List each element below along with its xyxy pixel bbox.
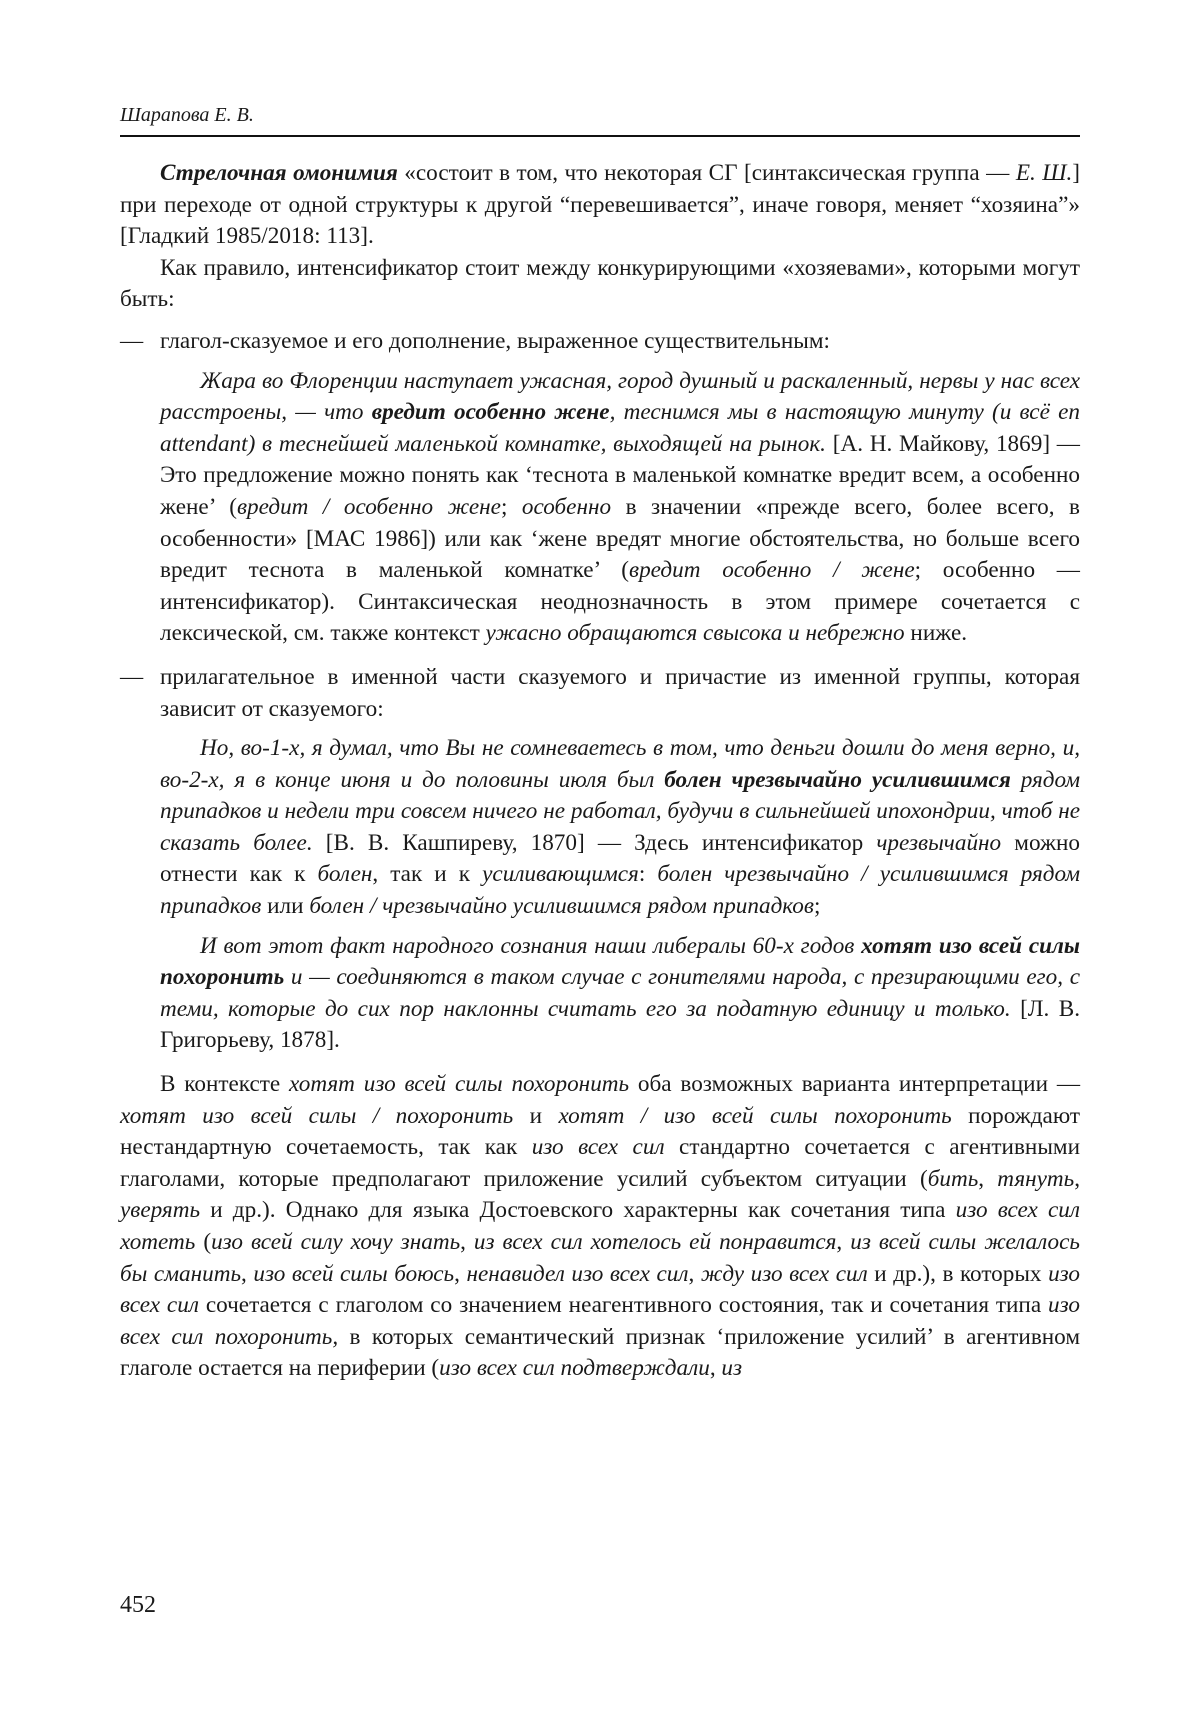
dash-bullet: — — [120, 662, 143, 694]
text: , — [688, 1261, 700, 1287]
author-initials: Е. Ш. — [1016, 160, 1072, 186]
text: , так и к — [372, 861, 482, 887]
text: и др.), в которых — [868, 1261, 1048, 1287]
text: бить — [928, 1166, 979, 1192]
text: , — [241, 1261, 253, 1287]
text: жду изо всех сил — [701, 1261, 868, 1287]
dash-bullet: — — [120, 326, 143, 358]
running-head: Шарапова Е. В. — [120, 104, 254, 127]
text: тянуть — [997, 1166, 1074, 1192]
text: хотят изо всей силы / похоронить — [120, 1103, 513, 1129]
list-item-label: прилагательное в именной части сказуемог… — [160, 664, 1080, 722]
text: , — [836, 1229, 850, 1255]
example-highlight: вредит особенно жене — [372, 399, 610, 425]
text: «состоит в том, что некоторая СГ [синтак… — [398, 160, 1016, 186]
text: , — [1074, 1166, 1080, 1192]
text: изо всей силу хочу знать — [211, 1229, 460, 1255]
text: В контексте — [160, 1071, 289, 1097]
text: ; — [814, 893, 820, 919]
text: И вот этот факт народного сознания наши … — [200, 933, 861, 959]
text: уверять — [120, 1197, 200, 1223]
text: и — соединяются в таком случае с гонител… — [160, 964, 1080, 1022]
text: , — [710, 1355, 722, 1381]
text: , — [454, 1261, 466, 1287]
text: хотят изо всей силы похоронить — [289, 1071, 629, 1097]
text: усиливающимся — [482, 861, 639, 887]
body-text: Стрелочная омонимия «состоит в том, что … — [120, 158, 1080, 1385]
term-bold-italic: Стрелочная омонимия — [160, 160, 398, 186]
text: , — [460, 1229, 474, 1255]
text: чрезвычайно — [876, 830, 1001, 856]
text: ужасно обращаются свысока и небрежно — [486, 620, 905, 646]
example-highlight: болен чрезвычайно усилившимся — [664, 767, 1011, 793]
text: оба возможных варианта интерпретации — — [629, 1071, 1080, 1097]
text: вредит особенно / жене — [629, 557, 915, 583]
list-item-adjective-participle: — прилагательное в именной части сказуем… — [120, 662, 1080, 725]
text: из всех сил хотелось ей понравится — [474, 1229, 837, 1255]
example-maykov: Жара во Флоренции наступает ужасная, гор… — [120, 366, 1080, 650]
text: особенно — [522, 494, 611, 520]
text: изо всей силы боюсь — [253, 1261, 454, 1287]
text: изо всех сил подтверждали — [439, 1355, 710, 1381]
text: из — [721, 1355, 742, 1381]
example-grigoryev: И вот этот факт народного сознания наши … — [120, 931, 1080, 1057]
paragraph-definition: Стрелочная омонимия «состоит в том, что … — [120, 158, 1080, 253]
text: болен — [318, 861, 373, 887]
text: и — [513, 1103, 558, 1129]
header-rule — [120, 135, 1080, 137]
text: и др.). Однако для языка Достоевского ха… — [200, 1197, 956, 1223]
text: ; — [501, 494, 522, 520]
text: или — [261, 893, 309, 919]
example-kashpirev: Но, во-1-х, я думал, что Вы не сомневает… — [120, 733, 1080, 923]
text: ниже. — [905, 620, 967, 646]
paragraph-context-analysis: В контексте хотят изо всей силы похорони… — [120, 1069, 1080, 1385]
paragraph-intro: Как правило, интенсификатор стоит между … — [120, 253, 1080, 316]
citation: [В. В. Кашпиреву, 1870] — Здесь интенсиф… — [313, 830, 877, 856]
text: ненавидел изо всех сил — [466, 1261, 688, 1287]
list-item-verb-object: — глагол-сказуемое и его дополнение, выр… — [120, 326, 1080, 358]
text: : — [639, 861, 658, 887]
text: ( — [195, 1229, 211, 1255]
text: сочетается с глаголом со значением неаге… — [199, 1292, 1048, 1318]
text: хотят / изо всей силы похоронить — [558, 1103, 951, 1129]
list-item-label: глагол-сказуемое и его дополнение, выраж… — [160, 328, 830, 354]
text: болен / чрезвычайно усилившимся рядом пр… — [309, 893, 814, 919]
text: изо всех сил — [532, 1134, 665, 1160]
page-number: 452 — [120, 1592, 156, 1619]
text: вредит / особенно жене — [237, 494, 501, 520]
text: , — [978, 1166, 997, 1192]
